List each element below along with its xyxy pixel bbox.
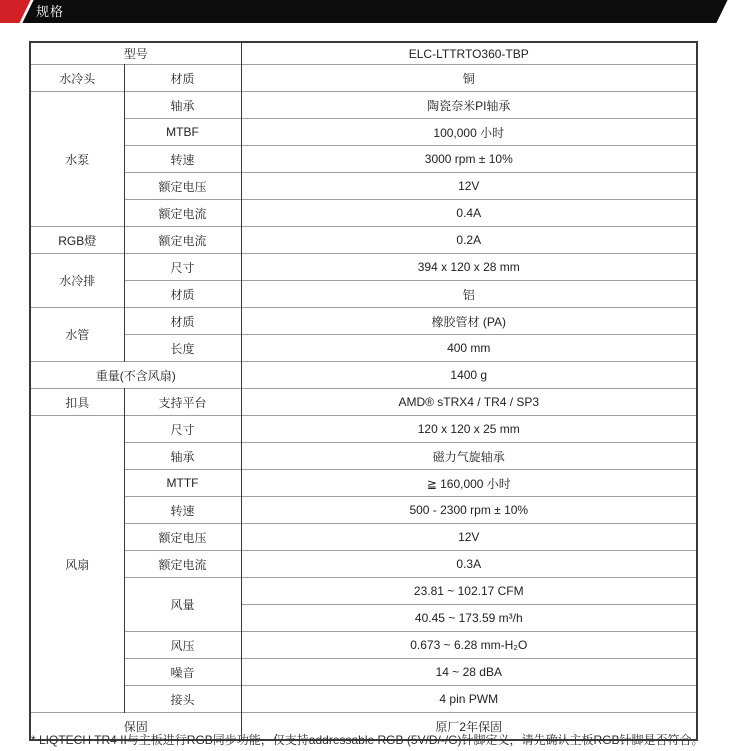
row-pump-bearing: 水泵 轴承 陶瓷奈米PI轴承 — [30, 92, 697, 119]
row-radiator-size: 水冷排 尺寸 394 x 120 x 28 mm — [30, 254, 697, 281]
radiator-group-cell: 水冷排 — [30, 254, 124, 308]
row-fan-pressure: 风压 0.673 ~ 6.28 mm-H₂O — [30, 632, 697, 659]
waterblock-group-cell: 水冷头 — [30, 65, 124, 92]
row-weight: 重量(不含风扇) 1400 g — [30, 362, 697, 389]
spec-label-cell: 额定电压 — [124, 524, 241, 551]
spec-value-cell: 100,000 小时 — [241, 119, 697, 146]
spec-value-cell: 0.2A — [241, 227, 697, 254]
spec-value-cell: 橡胶管材 (PA) — [241, 308, 697, 335]
tube-group-cell: 水管 — [30, 308, 124, 362]
spec-value-cell: ≧ 160,000 小时 — [241, 470, 697, 497]
row-fan-noise: 噪音 14 ~ 28 dBA — [30, 659, 697, 686]
spec-value-cell: 14 ~ 28 dBA — [241, 659, 697, 686]
spec-label-cell: 风压 — [124, 632, 241, 659]
spec-label-cell: 材质 — [124, 308, 241, 335]
row-fan-bearing: 轴承 磁力气旋轴承 — [30, 443, 697, 470]
pump-group-cell: 水泵 — [30, 92, 124, 227]
airflow-value-cfm-cell: 23.81 ~ 102.17 CFM — [241, 578, 697, 605]
row-pump-current: 额定电流 0.4A — [30, 200, 697, 227]
spec-label-cell: 转速 — [124, 497, 241, 524]
spec-value-cell: 0.673 ~ 6.28 mm-H₂O — [241, 632, 697, 659]
row-fan-airflow-cfm: 风量 23.81 ~ 102.17 CFM — [30, 578, 697, 605]
spec-value-cell: 陶瓷奈米PI轴承 — [241, 92, 697, 119]
row-pump-voltage: 额定电压 12V — [30, 173, 697, 200]
row-radiator-material: 材质 铝 — [30, 281, 697, 308]
spec-label-cell: 额定电压 — [124, 173, 241, 200]
row-tube-material: 水管 材质 橡胶管材 (PA) — [30, 308, 697, 335]
spec-label-cell: MTTF — [124, 470, 241, 497]
spec-label-cell: 尺寸 — [124, 416, 241, 443]
row-pump-mtbf: MTBF 100,000 小时 — [30, 119, 697, 146]
row-fan-size: 风扇 尺寸 120 x 120 x 25 mm — [30, 416, 697, 443]
row-tube-length: 长度 400 mm — [30, 335, 697, 362]
spec-value-cell: 铝 — [241, 281, 697, 308]
row-rgb-current: RGB燈 额定电流 0.2A — [30, 227, 697, 254]
rgb-group-cell: RGB燈 — [30, 227, 124, 254]
row-model: 型号 ELC-LTTRTO360-TBP — [30, 42, 697, 65]
spec-value-cell: 500 - 2300 rpm ± 10% — [241, 497, 697, 524]
spec-value-cell: 0.4A — [241, 200, 697, 227]
spec-label-cell: 轴承 — [124, 443, 241, 470]
spec-value-cell: 铜 — [241, 65, 697, 92]
row-bracket-platform: 扣具 支持平台 AMD® sTRX4 / TR4 / SP3 — [30, 389, 697, 416]
spec-value-cell: AMD® sTRX4 / TR4 / SP3 — [241, 389, 697, 416]
spec-label-cell: 支持平台 — [124, 389, 241, 416]
airflow-value-m3h-cell: 40.45 ~ 173.59 m³/h — [241, 605, 697, 632]
spec-label-cell: 额定电流 — [124, 200, 241, 227]
spec-value-cell: 400 mm — [241, 335, 697, 362]
row-pump-speed: 转速 3000 rpm ± 10% — [30, 146, 697, 173]
spec-value-cell: 12V — [241, 524, 697, 551]
specs-banner: 规格 — [0, 0, 734, 23]
spec-label-cell: 材质 — [124, 281, 241, 308]
row-waterblock-material: 水冷头 材质 铜 — [30, 65, 697, 92]
rgb-compatibility-footnote: * LIQTECH TR4 II与主板进行RGB同步功能，仅支持addressa… — [31, 731, 721, 748]
spec-label-cell: 噪音 — [124, 659, 241, 686]
model-label-cell: 型号 — [30, 42, 241, 65]
weight-label-cell: 重量(不含风扇) — [30, 362, 241, 389]
spec-value-cell: 3000 rpm ± 10% — [241, 146, 697, 173]
row-fan-current: 额定电流 0.3A — [30, 551, 697, 578]
spec-label-cell: 转速 — [124, 146, 241, 173]
spec-value-cell: 0.3A — [241, 551, 697, 578]
model-value-cell: ELC-LTTRTO360-TBP — [241, 42, 697, 65]
banner-background — [22, 0, 727, 23]
fan-group-cell: 风扇 — [30, 416, 124, 713]
spec-value-cell: 4 pin PWM — [241, 686, 697, 713]
page-title: 规格 — [36, 0, 64, 23]
spec-value-cell: 12V — [241, 173, 697, 200]
spec-label-cell: 材质 — [124, 65, 241, 92]
spec-label-cell: 长度 — [124, 335, 241, 362]
spec-label-cell: MTBF — [124, 119, 241, 146]
airflow-label-cell: 风量 — [124, 578, 241, 632]
row-fan-voltage: 额定电压 12V — [30, 524, 697, 551]
spec-label-cell: 额定电流 — [124, 227, 241, 254]
spec-label-cell: 轴承 — [124, 92, 241, 119]
row-fan-mttf: MTTF ≧ 160,000 小时 — [30, 470, 697, 497]
spec-value-cell: 120 x 120 x 25 mm — [241, 416, 697, 443]
spec-label-cell: 额定电流 — [124, 551, 241, 578]
spec-label-cell: 尺寸 — [124, 254, 241, 281]
weight-value-cell: 1400 g — [241, 362, 697, 389]
spec-value-cell: 磁力气旋轴承 — [241, 443, 697, 470]
bracket-group-cell: 扣具 — [30, 389, 124, 416]
spec-table: 型号 ELC-LTTRTO360-TBP 水冷头 材质 铜 水泵 轴承 陶瓷奈米… — [29, 41, 698, 741]
spec-label-cell: 接头 — [124, 686, 241, 713]
row-fan-speed: 转速 500 - 2300 rpm ± 10% — [30, 497, 697, 524]
row-fan-connector: 接头 4 pin PWM — [30, 686, 697, 713]
spec-value-cell: 394 x 120 x 28 mm — [241, 254, 697, 281]
